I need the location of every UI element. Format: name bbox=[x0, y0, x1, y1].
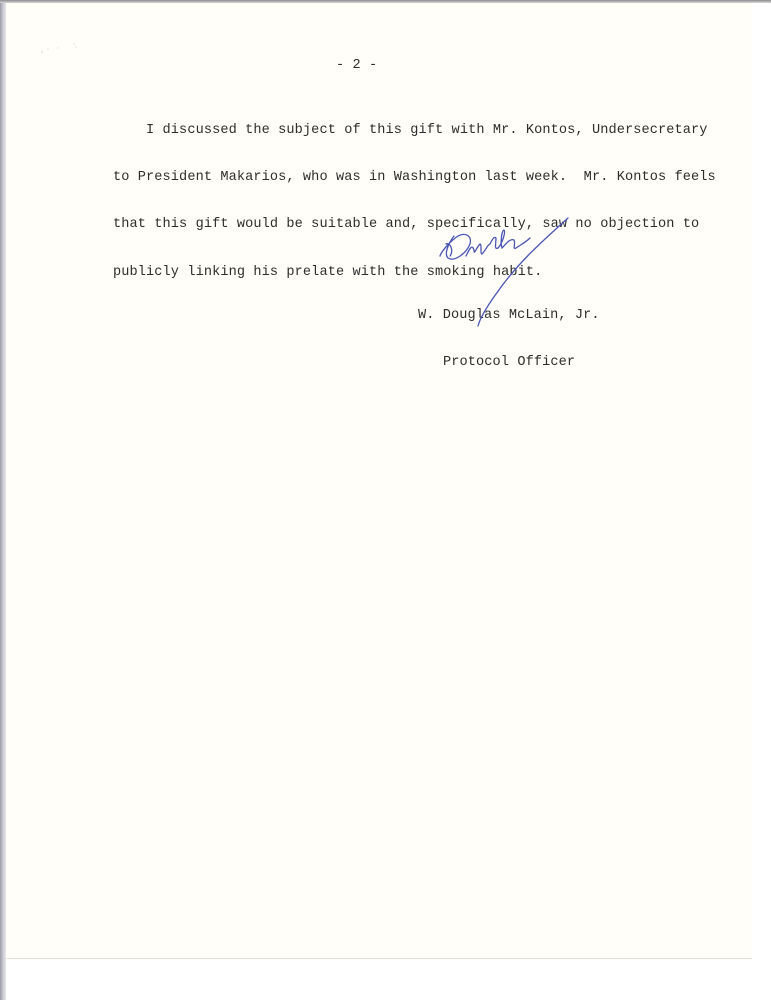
signatory-name: W. Douglas McLain, Jr. bbox=[418, 308, 600, 324]
paragraph-line: that this gift would be suitable and, sp… bbox=[113, 217, 716, 233]
paper-specks bbox=[36, 38, 96, 58]
paragraph-line: to President Makarios, who was in Washin… bbox=[113, 170, 716, 186]
body-paragraph: I discussed the subject of this gift wit… bbox=[113, 91, 716, 296]
signatory-title: Protocol Officer bbox=[418, 355, 600, 371]
page-number: - 2 - bbox=[336, 58, 377, 73]
paragraph-line: I discussed the subject of this gift wit… bbox=[113, 123, 716, 139]
signature-block: W. Douglas McLain, Jr. Protocol Officer bbox=[418, 276, 600, 387]
paragraph-line: publicly linking his prelate with the sm… bbox=[113, 265, 716, 281]
